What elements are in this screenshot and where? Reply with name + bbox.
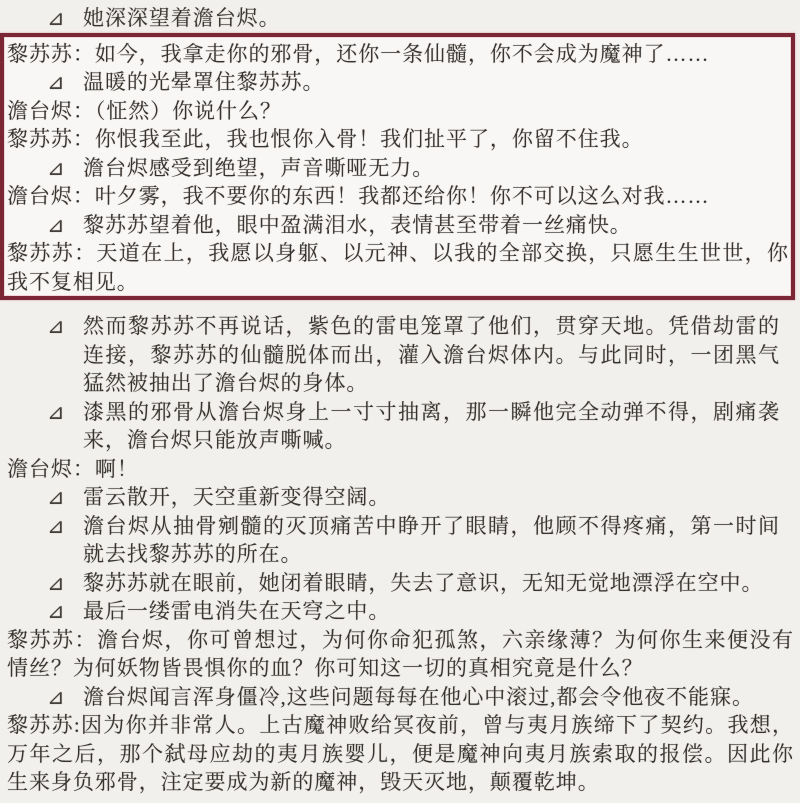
triangle-marker: ⊿ xyxy=(47,211,65,240)
triangle-marker: ⊿ xyxy=(47,683,65,712)
speaker-name: 黎苏苏 xyxy=(7,241,74,265)
dialogue-line: 澹台烬：啊！ xyxy=(7,455,794,484)
action-text: 澹台烬感受到绝望，声音嘶哑无力。 xyxy=(83,156,434,180)
dialogue-line: 黎苏苏：澹台烬，你可曾想过，为何你命犯孤煞，六亲缘薄？为何你生来便没有情丝？为何… xyxy=(7,626,794,683)
triangle-marker: ⊿ xyxy=(47,597,65,626)
speaker-colon: ： xyxy=(73,99,95,123)
action-text: 漆黑的邪骨从澹台烬身上一寸寸抽离，那一瞬他完全动弹不得，剧痛袭来，澹台烬只能放声… xyxy=(83,400,780,453)
action-line: ⊿雷云散开，天空重新变得空阔。 xyxy=(7,483,794,512)
action-text: 澹台烬闻言浑身僵冷,这些问题每每在他心中滚过,都会令他夜不能寐。 xyxy=(83,685,754,709)
action-line: ⊿澹台烬感受到绝望，声音嘶哑无力。 xyxy=(7,154,789,183)
dialogue-text: 如今，我拿走你的邪骨，还你一条仙髓，你不会成为魔神了…… xyxy=(95,42,710,66)
action-line: ⊿黎苏苏望着他，眼中盈满泪水，表情甚至带着一丝痛快。 xyxy=(7,211,789,240)
action-line: ⊿然而黎苏苏不再说话，紫色的雷电笼罩了他们，贯穿天地。凭借劫雷的连接，黎苏苏的仙… xyxy=(7,312,794,398)
action-line: ⊿澹台烬闻言浑身僵冷,这些问题每每在他心中滚过,都会令他夜不能寐。 xyxy=(7,683,794,712)
speaker-colon: ： xyxy=(73,184,95,208)
triangle-marker: ⊿ xyxy=(47,398,65,427)
dialogue-text: 叶夕雾，我不要你的东西！我都还给你！你不可以这么对我…… xyxy=(95,184,710,208)
speaker-colon: ： xyxy=(73,127,95,151)
speaker-colon: ： xyxy=(73,457,95,481)
speaker-colon: ： xyxy=(74,241,96,265)
dialogue-text: 啊！ xyxy=(95,457,139,481)
dialogue-line: 澹台烬：叶夕雾，我不要你的东西！我都还给你！你不可以这么对我…… xyxy=(7,182,789,211)
speaker-name: 黎苏苏 xyxy=(7,127,73,151)
action-text: 黎苏苏就在眼前，她闭着眼睛，失去了意识，无知无觉地漂浮在空中。 xyxy=(83,571,763,595)
action-text: 她深深望着澹台烬。 xyxy=(83,6,281,30)
dialogue-line: 黎苏苏:因为你并非常人。上古魔神败给冥夜前，曾与夷月族缔下了契约。我想，万年之后… xyxy=(7,711,794,797)
triangle-marker: ⊿ xyxy=(47,4,65,33)
action-line: ⊿她深深望着澹台烬。 xyxy=(7,4,794,33)
action-line: ⊿澹台烬从抽骨剜髓的灭顶痛苦中睁开了眼睛，他顾不得疼痛，第一时间就去找黎苏苏的所… xyxy=(7,512,794,569)
triangle-marker: ⊿ xyxy=(47,312,65,341)
dialogue-text: 天道在上，我愿以身躯、以元神、以我的全部交换，只愿生生世世，你我不复相见。 xyxy=(7,241,789,294)
action-text: 温暖的光晕罩住黎苏苏。 xyxy=(83,70,324,94)
dialogue-line: 黎苏苏：天道在上，我愿以身躯、以元神、以我的全部交换，只愿生生世世，你我不复相见… xyxy=(7,239,789,296)
triangle-marker: ⊿ xyxy=(47,569,65,598)
dialogue-line: 黎苏苏：如今，我拿走你的邪骨，还你一条仙髓，你不会成为魔神了…… xyxy=(7,40,789,69)
action-text: 最后一缕雷电消失在天穹之中。 xyxy=(83,599,390,623)
speaker-name: 黎苏苏 xyxy=(7,42,73,66)
dialogue-text: 澹台烬，你可曾想过，为何你命犯孤煞，六亲缘薄？为何你生来便没有情丝？为何妖物皆畏… xyxy=(7,628,794,681)
triangle-marker: ⊿ xyxy=(47,154,65,183)
speaker-colon: ： xyxy=(73,42,95,66)
dialogue-line: 澹台烬：（怔然）你说什么？ xyxy=(7,97,789,126)
action-text: 黎苏苏望着他，眼中盈满泪水，表情甚至带着一丝痛快。 xyxy=(83,213,632,237)
triangle-marker: ⊿ xyxy=(47,483,65,512)
speaker-name: 澹台烬 xyxy=(7,457,73,481)
speaker-colon: ： xyxy=(75,628,98,652)
speaker-name: 澹台烬 xyxy=(7,99,73,123)
action-line: ⊿最后一缕雷电消失在天穹之中。 xyxy=(7,597,794,626)
dialogue-text: 你恨我至此，我也恨你入骨！我们扯平了，你留不住我。 xyxy=(95,127,644,151)
triangle-marker: ⊿ xyxy=(47,68,65,97)
speaker-name: 黎苏苏 xyxy=(7,713,74,737)
dialogue-text: （怔然）你说什么？ xyxy=(95,99,282,123)
action-text: 然而黎苏苏不再说话，紫色的雷电笼罩了他们，贯穿天地。凭借劫雷的连接，黎苏苏的仙髓… xyxy=(83,314,780,395)
dialogue-line: 黎苏苏：你恨我至此，我也恨你入骨！我们扯平了，你留不住我。 xyxy=(7,125,789,154)
dialogue-text: 因为你并非常人。上古魔神败给冥夜前，曾与夷月族缔下了契约。我想，万年之后，那个弑… xyxy=(7,713,794,794)
highlight-box: 黎苏苏：如今，我拿走你的邪骨，还你一条仙髓，你不会成为魔神了…… ⊿温暖的光晕罩… xyxy=(0,33,795,301)
action-line: ⊿漆黑的邪骨从澹台烬身上一寸寸抽离，那一瞬他完全动弹不得，剧痛袭来，澹台烬只能放… xyxy=(7,398,794,455)
speaker-name: 黎苏苏 xyxy=(7,628,75,652)
speaker-name: 澹台烬 xyxy=(7,184,73,208)
script-page: ⊿她深深望着澹台烬。 黎苏苏：如今，我拿走你的邪骨，还你一条仙髓，你不会成为魔神… xyxy=(0,0,800,803)
speaker-colon: : xyxy=(74,713,81,737)
action-line: ⊿黎苏苏就在眼前，她闭着眼睛，失去了意识，无知无觉地漂浮在空中。 xyxy=(7,569,794,598)
triangle-marker: ⊿ xyxy=(47,512,65,541)
action-text: 雷云散开，天空重新变得空阔。 xyxy=(83,485,390,509)
action-text: 澹台烬从抽骨剜髓的灭顶痛苦中睁开了眼睛，他顾不得疼痛，第一时间就去找黎苏苏的所在… xyxy=(83,514,780,567)
action-line: ⊿温暖的光晕罩住黎苏苏。 xyxy=(7,68,789,97)
